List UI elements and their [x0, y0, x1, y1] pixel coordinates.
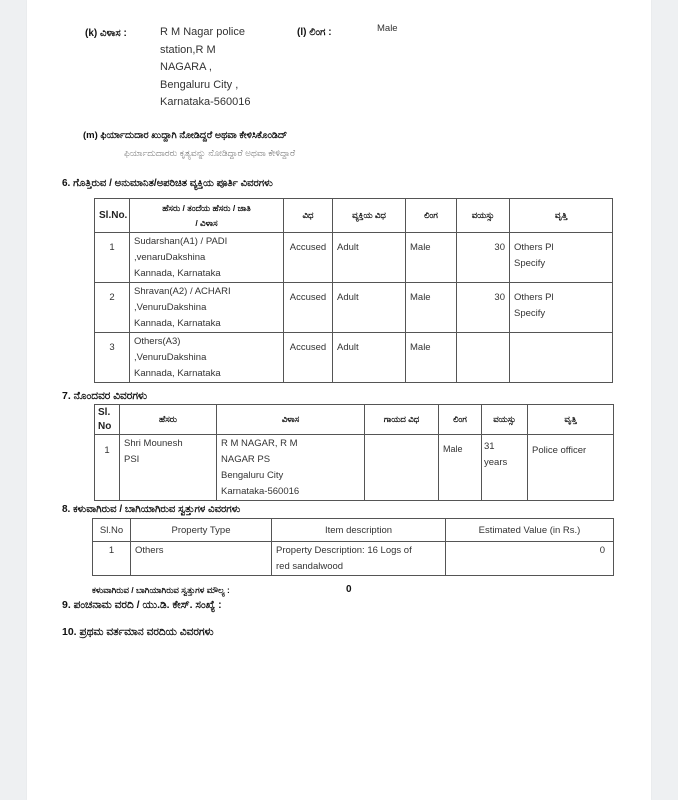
- col-slno: Sl.No.: [95, 199, 130, 233]
- table-row: 1 Shri Mounesh PSI R M NAGAR, R M NAGAR …: [95, 435, 614, 501]
- address-value: R M Nagar police station,R M NAGARA , Be…: [160, 24, 290, 112]
- m-sub-text: ಫಿರ್ಯಾದುದಾರರು ಕೃತ್ಯವನ್ನು ನೋಡಿದ್ದಾರೆ ಅಥವಾ…: [124, 148, 295, 159]
- cell-name: Shravan(A2) / ACHARI ,VenuruDakshina Kan…: [130, 283, 284, 333]
- col-property-type: Property Type: [131, 519, 272, 542]
- cell-sl: 1: [95, 233, 130, 283]
- col-injury-type: ಗಾಯದ ವಿಧ: [365, 405, 439, 435]
- col-type: ವಿಧ: [284, 199, 333, 233]
- col-gender: ಲಿಂಗ: [406, 199, 457, 233]
- cell-age: 31 years: [482, 435, 528, 501]
- section6-title: 6. ಗೊತ್ತಿರುವ / ಅನುಮಾನಿತ/ಅಪರಿಚಿತ ವ್ಯಕ್ತಿಯ…: [62, 178, 273, 189]
- cell-estimated-value: 0: [446, 542, 614, 576]
- section8-title: 8. ಕಳುವಾಗಿರುವ / ಬಾಗಿಯಾಗಿರುವ ಸ್ವತ್ತುಗಳ ವಿ…: [62, 504, 240, 515]
- table-header-row: Sl.No Property Type Item description Est…: [93, 519, 614, 542]
- cell-occupation: Others Pl Specify: [510, 233, 613, 283]
- col-age: ವಯಸ್ಸು: [482, 405, 528, 435]
- cell-gender: Male: [406, 283, 457, 333]
- gender-label: (l) ಲಿಂಗ :: [297, 27, 332, 38]
- cell-sl: 3: [95, 333, 130, 383]
- address-label: (k) ವಿಳಾಸ :: [85, 28, 127, 39]
- cell-gender: Male: [406, 333, 457, 383]
- table-row: 1 Others Property Description: 16 Logs o…: [93, 542, 614, 576]
- cell-type: Accused: [284, 333, 333, 383]
- cell-person-type: Adult: [333, 283, 406, 333]
- col-slno: Sl. No: [95, 405, 120, 435]
- table-header-row: Sl.No. ಹೆಸರು / ತಂದೆಯ ಹೆಸರು / ಜಾತಿ / ವಿಳಾ…: [95, 199, 613, 233]
- cell-person-type: Adult: [333, 333, 406, 383]
- cell-age: 30: [457, 233, 510, 283]
- cell-name: Shri Mounesh PSI: [120, 435, 217, 501]
- cell-property-type: Others: [131, 542, 272, 576]
- cell-sl: 1: [93, 542, 131, 576]
- total-value: 0: [346, 584, 352, 595]
- cell-occupation: Others Pl Specify: [510, 283, 613, 333]
- cell-type: Accused: [284, 233, 333, 283]
- cell-occupation: Police officer: [528, 435, 614, 501]
- cell-age: 30: [457, 283, 510, 333]
- table-row: 3 Others(A3) ,VenuruDakshina Kannada, Ka…: [95, 333, 613, 383]
- section7-title: 7. ನೊಂದವರ ವಿವರಗಳು: [62, 390, 147, 403]
- table-header-row: Sl. No ಹೆಸರು ವಿಳಾಸ ಗಾಯದ ವಿಧ ಲಿಂಗ ವಯಸ್ಸು …: [95, 405, 614, 435]
- cell-item-description: Property Description: 16 Logs of red san…: [272, 542, 446, 576]
- cell-name: Sudarshan(A1) / PADI ,venaruDakshina Kan…: [130, 233, 284, 283]
- cell-sl: 2: [95, 283, 130, 333]
- col-occupation: ವೃತ್ತಿ: [528, 405, 614, 435]
- cell-person-type: Adult: [333, 233, 406, 283]
- section7-table: Sl. No ಹೆಸರು ವಿಳಾಸ ಗಾಯದ ವಿಧ ಲಿಂಗ ವಯಸ್ಸು …: [94, 404, 614, 501]
- col-name: ಹೆಸರು / ತಂದೆಯ ಹೆಸರು / ಜಾತಿ / ವಿಳಾಸ: [130, 199, 284, 233]
- col-estimated-value: Estimated Value (in Rs.): [446, 519, 614, 542]
- cell-address: R M NAGAR, R M NAGAR PS Bengaluru City K…: [217, 435, 365, 501]
- cell-gender: Male: [439, 435, 482, 501]
- cell-gender: Male: [406, 233, 457, 283]
- cell-injury-type: [365, 435, 439, 501]
- cell-age: [457, 333, 510, 383]
- col-name: ಹೆಸರು: [120, 405, 217, 435]
- col-slno: Sl.No: [93, 519, 131, 542]
- col-age: ವಯಸ್ಸು: [457, 199, 510, 233]
- col-occupation: ವೃತ್ತಿ: [510, 199, 613, 233]
- col-address: ವಿಳಾಸ: [217, 405, 365, 435]
- section8-table: Sl.No Property Type Item description Est…: [92, 518, 614, 576]
- table-row: 1 Sudarshan(A1) / PADI ,venaruDakshina K…: [95, 233, 613, 283]
- col-item-description: Item description: [272, 519, 446, 542]
- col-gender: ಲಿಂಗ: [439, 405, 482, 435]
- col-person-type: ವ್ಯಕ್ತಿಯ ವಿಧ: [333, 199, 406, 233]
- m-label: (m) ಫಿರ್ಯಾದುದಾರ ಖುದ್ದಾಗಿ ನೋಡಿದ್ದರೆ ಅಥವಾ …: [83, 130, 287, 141]
- total-value-label: ಕಳುವಾಗಿರುವ / ಬಾಗಿಯಾಗಿರುವ ಸ್ವತ್ತುಗಳ ಮೌಲ್ಯ…: [92, 585, 230, 596]
- cell-type: Accused: [284, 283, 333, 333]
- cell-name: Others(A3) ,VenuruDakshina Kannada, Karn…: [130, 333, 284, 383]
- gender-value: Male: [377, 23, 398, 34]
- section9-title: 9. ಪಂಚನಾಮ ವರದಿ / ಯು.ಡಿ. ಕೇಸ್. ಸಂಖ್ಯೆ :: [62, 599, 222, 612]
- cell-sl: 1: [95, 435, 120, 501]
- cell-occupation: [510, 333, 613, 383]
- section6-table: Sl.No. ಹೆಸರು / ತಂದೆಯ ಹೆಸರು / ಜಾತಿ / ವಿಳಾ…: [94, 198, 613, 383]
- section10-title: 10. ಪ್ರಥಮ ವರ್ತಮಾನ ವರದಿಯ ವಿವರಗಳು: [62, 626, 214, 639]
- table-row: 2 Shravan(A2) / ACHARI ,VenuruDakshina K…: [95, 283, 613, 333]
